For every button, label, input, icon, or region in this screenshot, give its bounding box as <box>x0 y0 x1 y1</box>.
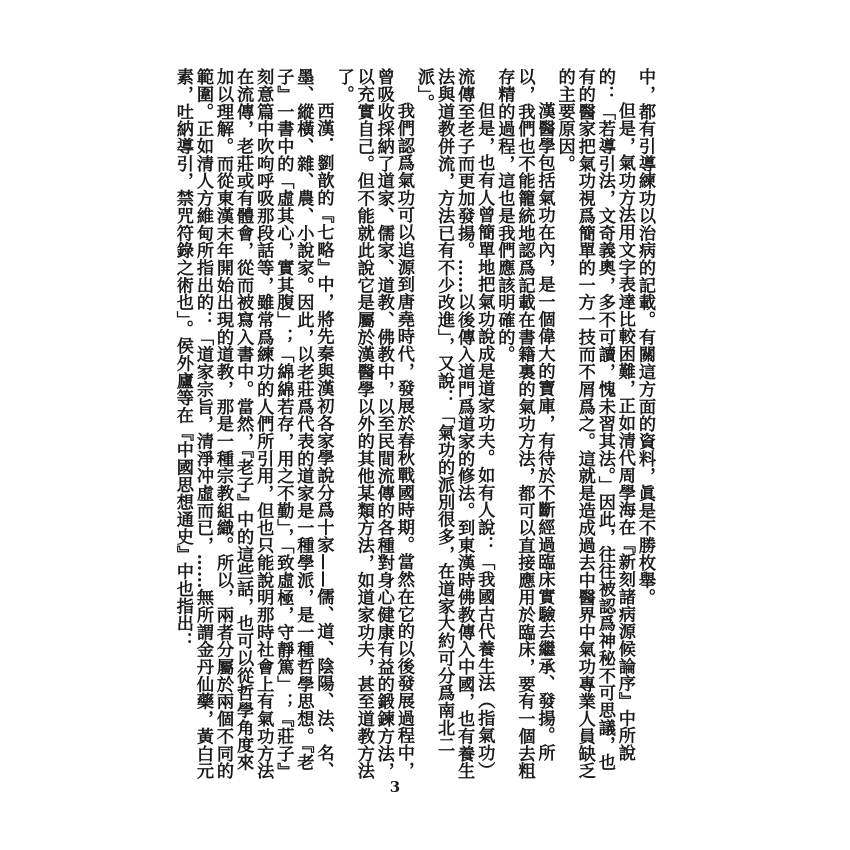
paragraph-5: 我們認爲氣功可以追源到唐堯時代，發展於春秋戰國時期。當然在它的以後發展過程中，曾… <box>334 68 414 783</box>
paragraph-6: 西漢．劉歆的『七略』中，將先秦與漢初各家學說分爲十家——儒、道、陰陽、法、名、墨… <box>173 68 334 783</box>
page-number: 3 <box>380 778 410 796</box>
paragraph-2: 但是，氣功方法用文字表達比較困難，正如清代周學海在『新刻諸病源候論序』中所說的：… <box>555 68 635 783</box>
body-text: 中，都有引導練功以治病的記載。有關這方面的資料，眞是不勝枚舉。 但是，氣功方法用… <box>173 68 655 783</box>
paragraph-4: 但是，也有人曾簡單地把氣功說成是道家功夫。如有人說：「我國古代養生法（指氣功）流… <box>414 68 494 783</box>
document-page: 中，都有引導練功以治病的記載。有關這方面的資料，眞是不勝枚舉。 但是，氣功方法用… <box>0 0 850 850</box>
paragraph-3: 漢醫學包括氣功在內，是一個偉大的寶庫，有待於不斷經過臨床實驗去繼承、發揚。所以，… <box>494 68 554 783</box>
paragraph-1: 中，都有引導練功以治病的記載。有關這方面的資料，眞是不勝枚舉。 <box>635 68 655 783</box>
